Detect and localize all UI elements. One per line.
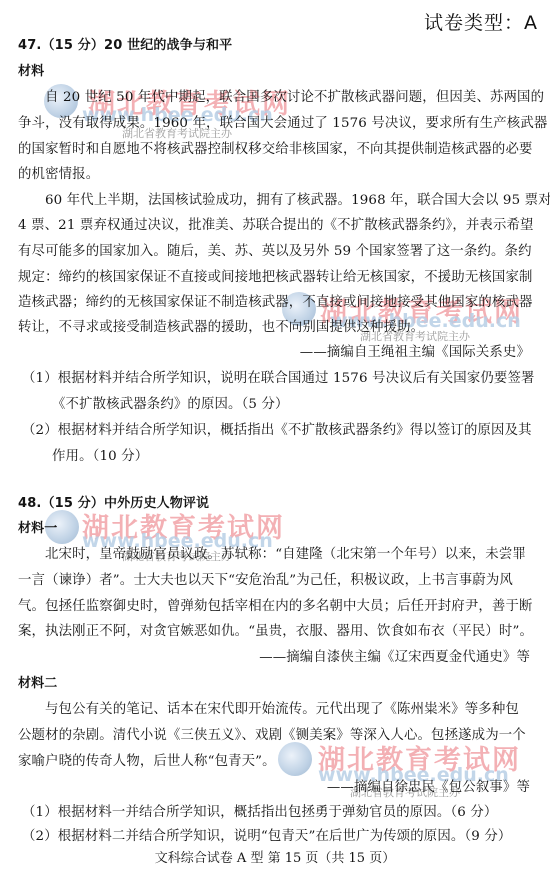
question-47-title: 47.（15 分）20 世纪的战争与和平 <box>18 36 538 56</box>
q48-material1-line: 一言（谏诤）者”。士大夫也以天下“安危治乱”为己任，积极议政，上书言事蔚为风 <box>18 571 538 591</box>
q47-subquestion-2: （2）根据材料并结合所学知识，概括指出《不扩散核武器条约》得以签订的原因及其 <box>22 421 542 441</box>
q47-para1-line: 自 20 世纪 50 年代中期起，联合国多次讨论不扩散核武器问题，但因美、苏两国… <box>18 88 538 108</box>
paper-type-label: 试卷类型：A <box>424 8 538 35</box>
q47-subquestion-1-cont: 《不扩散核武器条约》的原因。（5 分） <box>52 395 550 415</box>
q48-material1-line: 气。包拯任监察御史时，曾弹劾包括宰相在内的多名朝中大员；后任开封府尹，善于断 <box>18 597 538 617</box>
q47-para2-line: 有尽可能多的国家加入。随后，美、苏、英以及另外 59 个国家签署了这一条约。条约 <box>18 242 538 262</box>
q47-subquestion-2-cont: 作用。（10 分） <box>52 447 550 467</box>
q48-source2-citation: ——摘编自徐忠民《包公叙事》等 <box>18 778 530 798</box>
question-48-title: 48.（15 分）中外历史人物评说 <box>18 494 538 514</box>
q47-para2-line: 造核武器；缔约的无核国家保证不制造核武器，不直接或间接地接受其他国家的核武器 <box>18 293 538 313</box>
q47-subquestion-1: （1）根据材料并结合所学知识，说明在联合国通过 1576 号决议后有关国家仍要签… <box>22 369 542 389</box>
exam-page: 试卷类型：A 湖北教育考试网 www.hbee.edu.cn 湖北省教育考试院主… <box>0 0 550 875</box>
q48-material1-line: 北宋时，皇帝鼓励官员议政。苏轼称：“自建隆（北宋第一个年号）以来，未尝罪 <box>18 545 538 565</box>
q48-subquestion-2: （2）根据材料二并结合所学知识，说明“包青天”在后世广为传颂的原因。（9 分） <box>22 827 542 847</box>
q48-material2-line: 与包公有关的笔记、话本在宋代即开始流传。元代出现了《陈州粜米》等多种包 <box>18 700 538 720</box>
q47-para2-line: 4 票、21 票弃权通过决议，批准美、苏联合提出的《不扩散核武器条约》，并表示希… <box>18 216 538 236</box>
q48-material2-label: 材料二 <box>18 674 538 694</box>
q48-material1-label: 材料一 <box>18 519 538 539</box>
q47-para2-line: 转让，不寻求或接受制造核武器的援助，也不向别国提供这种援助。 <box>18 318 538 338</box>
q48-material2-line: 公题材的杂剧。清代小说《三侠五义》、戏剧《铡美案》等深入人心。包拯遂成为一个 <box>18 726 538 746</box>
q48-material1-line: 案，执法刚正不阿，对贪官嫉恶如仇。“虽贵，衣服、器用、饮食如布衣（平民）时”。 <box>18 622 538 642</box>
q47-material-label: 材料 <box>18 62 538 82</box>
q48-subquestion-1: （1）根据材料一并结合所学知识，概括指出包拯勇于弹劾官员的原因。（6 分） <box>22 803 542 823</box>
q48-source1-citation: ——摘编自漆侠主编《辽宋西夏金代通史》等 <box>18 648 530 668</box>
page-footer: 文科综合试卷 A 型 第 15 页（共 15 页） <box>0 847 550 866</box>
q47-para2-line: 规定：缔约的核国家保证不直接或间接地把核武器转让给无核国家，不援助无核国家制 <box>18 268 538 288</box>
q47-para1-line: 争斗，没有取得成果。1960 年，联合国大会通过了 1576 号决议，要求所有生… <box>18 114 538 134</box>
q47-para1-line: 的国家暂时和自愿地不将核武器控制权移交给非核国家，不向其提供制造核武器的必要 <box>18 140 538 160</box>
q48-material2-line: 家喻户晓的传奇人物，后世人称“包青天”。 <box>18 752 538 772</box>
q47-source-citation: ——摘编自王绳祖主编《国际关系史》 <box>18 343 530 363</box>
q47-para2-line: 60 年代上半期，法国核试验成功，拥有了核武器。1968 年，联合国大会以 95… <box>18 191 538 211</box>
q47-para1-line: 的机密情报。 <box>18 165 538 185</box>
